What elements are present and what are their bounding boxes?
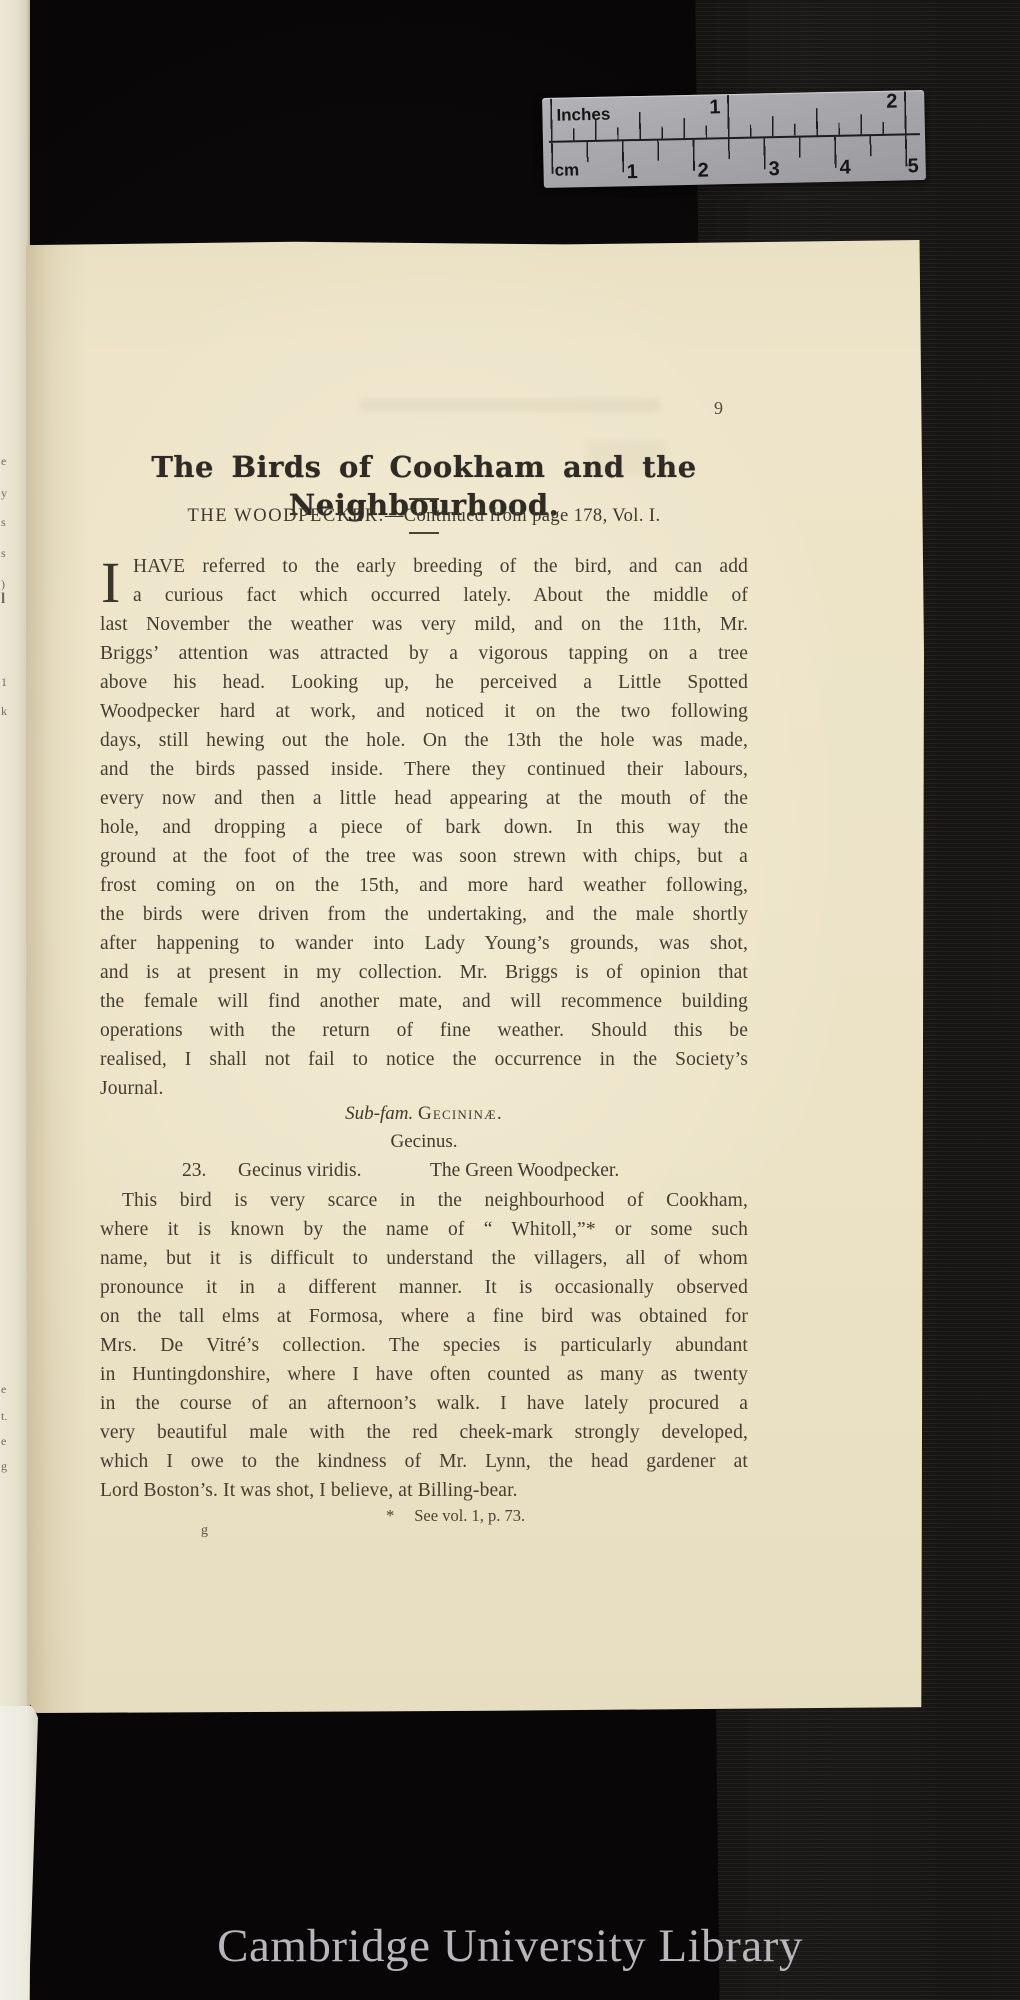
adjacent-page-edge bbox=[0, 0, 30, 2000]
genus-heading: Gecinus. bbox=[100, 1128, 748, 1156]
cm-number: 4 bbox=[839, 158, 851, 178]
ornament-rule bbox=[409, 532, 439, 534]
species-scientific-name: Gecinus viridis. bbox=[238, 1156, 361, 1185]
cm-number: 3 bbox=[768, 159, 780, 179]
text-line: realised, I shall not fail to notice the… bbox=[100, 1045, 748, 1074]
footnote: *See vol. 1, p. 73. bbox=[386, 1506, 746, 1526]
edge-letter-fragment: 1 bbox=[1, 676, 13, 688]
edge-letter-fragment: y bbox=[1, 487, 13, 499]
subfamily-label: Sub-fam. bbox=[345, 1103, 413, 1124]
text-line: which I owe to the kindness of Mr. Lynn,… bbox=[100, 1447, 748, 1476]
edge-letter-fragment: s bbox=[1, 547, 13, 559]
text-line: very beautiful male with the red cheek-m… bbox=[100, 1418, 748, 1447]
library-watermark: Cambridge University Library bbox=[0, 1918, 1020, 1974]
text-line: days, still hewing out the hole. On the … bbox=[100, 726, 748, 755]
page-number: 9 bbox=[714, 398, 744, 418]
text-line: where it is known by the name of “ Whito… bbox=[100, 1215, 748, 1244]
text-line: hole, and dropping a piece of bark down.… bbox=[100, 813, 748, 842]
footnote-marker: * bbox=[386, 1506, 394, 1525]
edge-letter-fragment: ) bbox=[1, 578, 13, 590]
cm-number: 2 bbox=[697, 161, 709, 181]
edge-letter-fragment: g bbox=[1, 1460, 13, 1472]
text-line: name, but it is difficult to understand … bbox=[100, 1244, 748, 1273]
subfamily-heading: Sub-fam. Gecininæ. bbox=[100, 1100, 748, 1128]
edge-letter-fragment: t. bbox=[1, 1410, 13, 1422]
edge-letter-fragment: l bbox=[1, 593, 13, 605]
text-line: Lord Boston’s. It was shot, I believe, a… bbox=[100, 1476, 748, 1505]
paragraph-green-woodpecker: This bird is very scarce in the neighbou… bbox=[100, 1186, 748, 1505]
subfamily-name: Gecininæ. bbox=[418, 1103, 503, 1124]
text-line: This bird is very scarce in the neighbou… bbox=[100, 1186, 748, 1215]
text-line: pronounce it in a different manner. It i… bbox=[100, 1273, 748, 1302]
text-line: after happening to wander into Lady Youn… bbox=[100, 929, 748, 958]
cm-number: 5 bbox=[907, 156, 919, 176]
text-line: and the birds passed inside. There they … bbox=[100, 755, 748, 784]
measuring-scale-bar: Inches cm 1 2 1 2 3 4 5 bbox=[542, 90, 926, 188]
species-entry-number: 23. bbox=[182, 1156, 206, 1185]
section-heading-continuation: —Continued from page 178, Vol. I. bbox=[385, 506, 661, 526]
text-line: every now and then a little head appeari… bbox=[100, 784, 748, 813]
paragraph-woodpecker-account: I HAVE referred to the early breeding of… bbox=[100, 552, 748, 1103]
text-line: operations with the return of fine weath… bbox=[100, 1016, 748, 1045]
cm-label: cm bbox=[554, 161, 579, 179]
edge-letter-fragment: e bbox=[1, 455, 13, 467]
text-line: above his head. Looking up, he perceived… bbox=[100, 668, 748, 697]
edge-letter-fragment: e bbox=[1, 1383, 13, 1395]
text-line: HAVE referred to the early breeding of t… bbox=[100, 552, 748, 581]
inches-label: Inches bbox=[556, 106, 610, 124]
edge-letter-fragment: s bbox=[1, 516, 13, 528]
book-page: 9 The Birds of Cookham and the Neighbour… bbox=[26, 240, 924, 1713]
cm-tick-marks bbox=[551, 135, 918, 187]
text-line: Journal. bbox=[100, 1074, 748, 1103]
text-line: the female will find another mate, and w… bbox=[100, 987, 748, 1016]
scan-canvas: e y s s ) l 1 k e t. e g Inches cm 1 2 1… bbox=[0, 0, 1020, 2000]
section-heading: THE WOODPECKER.—Continued from page 178,… bbox=[100, 504, 748, 528]
text-line: in Huntingdonshire, where I have often c… bbox=[100, 1360, 748, 1389]
text-line: Woodpecker hard at work, and noticed it … bbox=[100, 697, 748, 726]
text-line: Mrs. De Vitré’s collection. The species … bbox=[100, 1331, 748, 1360]
text-line: ground at the foot of the tree was soon … bbox=[100, 842, 748, 871]
edge-letter-fragment: k bbox=[1, 705, 13, 717]
text-line: in the course of an afternoon’s walk. I … bbox=[100, 1389, 748, 1418]
page-content: 9 The Birds of Cookham and the Neighbour… bbox=[100, 240, 748, 1713]
text-line: frost coming on on the 15th, and more ha… bbox=[100, 871, 748, 900]
text-line: and is at present in my collection. Mr. … bbox=[100, 958, 748, 987]
cm-number: 1 bbox=[626, 162, 638, 182]
edge-letter-fragment: e bbox=[1, 1435, 13, 1447]
ornament-rule bbox=[409, 498, 439, 500]
species-common-name: The Green Woodpecker. bbox=[430, 1156, 619, 1185]
inch-number: 2 bbox=[886, 92, 898, 112]
signature-mark: g bbox=[201, 1524, 208, 1538]
text-line: a curious fact which occurred lately. Ab… bbox=[100, 581, 748, 610]
text-line: last November the weather was very mild,… bbox=[100, 610, 748, 639]
section-heading-main: THE WOODPECKER. bbox=[188, 506, 385, 526]
drop-cap: I bbox=[101, 555, 120, 610]
text-line: Briggs’ attention was attracted by a vig… bbox=[100, 639, 748, 668]
footnote-text: See vol. 1, p. 73. bbox=[414, 1506, 525, 1525]
text-line: on the tall elms at Formosa, where a fin… bbox=[100, 1302, 748, 1331]
species-entry-heading: 23. Gecinus viridis. The Green Woodpecke… bbox=[100, 1156, 748, 1185]
text-line: the birds were driven from the undertaki… bbox=[100, 900, 748, 929]
inch-number: 1 bbox=[709, 97, 721, 117]
